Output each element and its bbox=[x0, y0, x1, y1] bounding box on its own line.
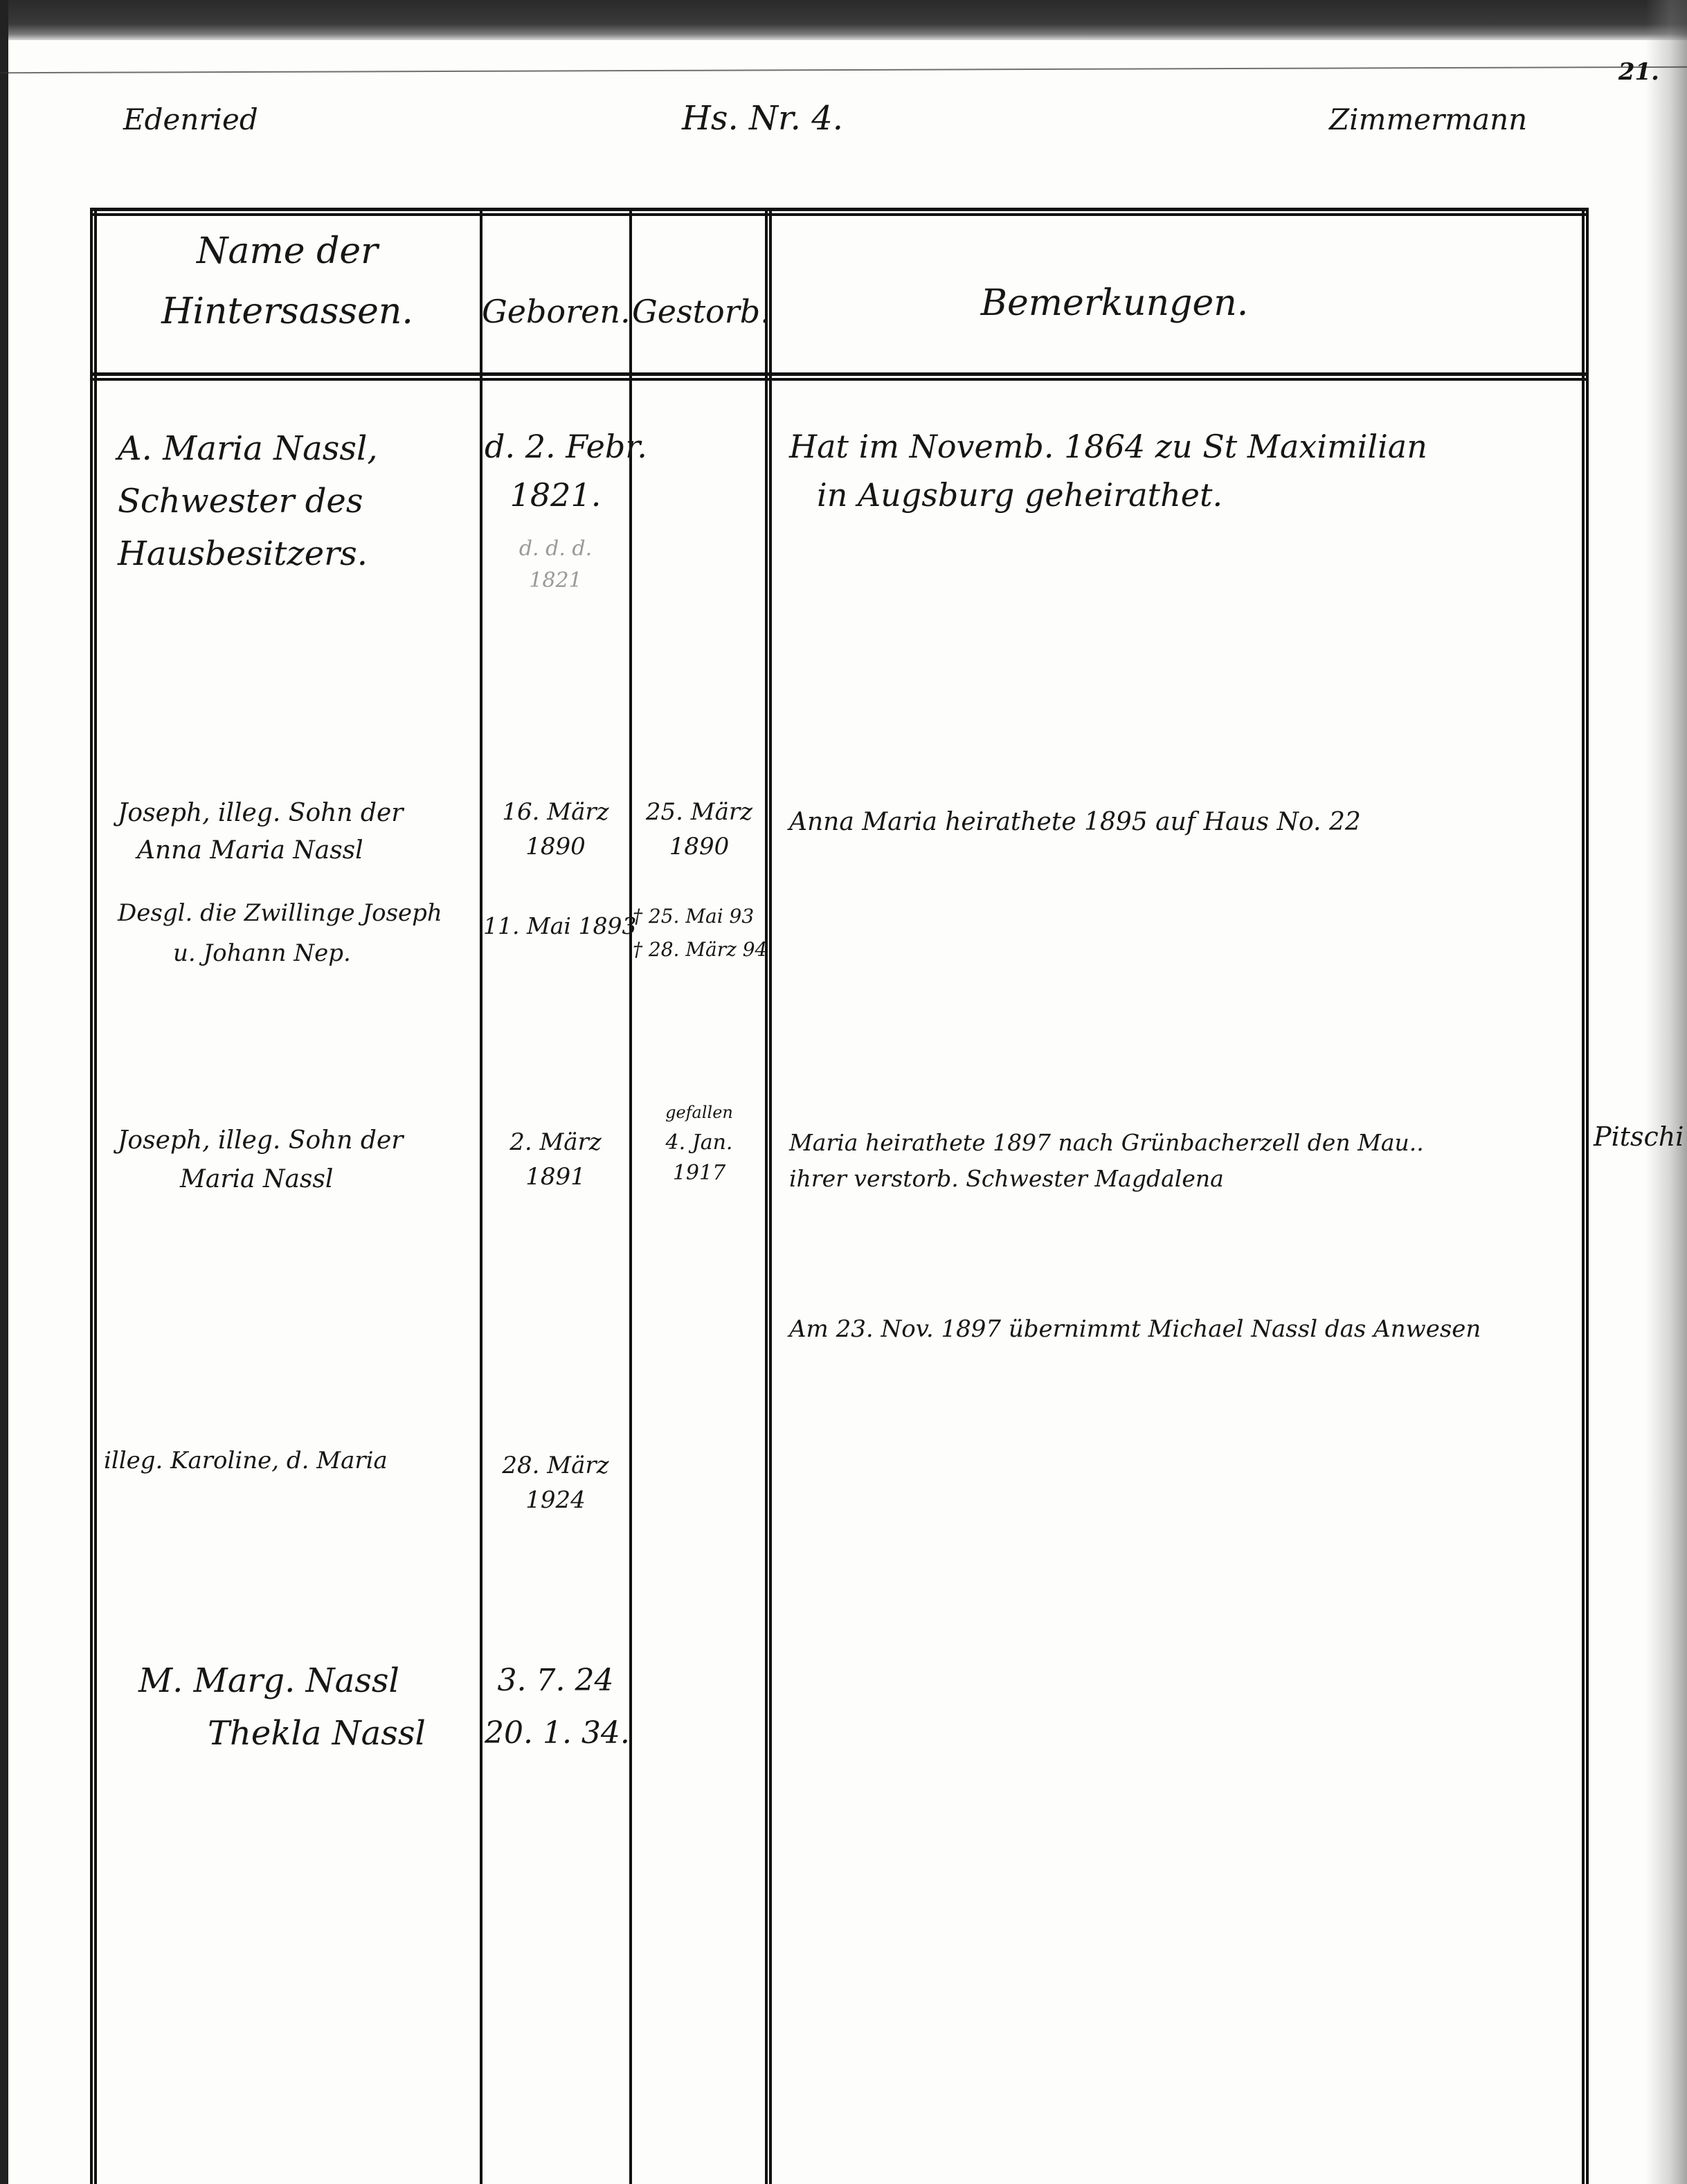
column-divider-born-died bbox=[629, 208, 632, 2184]
column-header-name: Name der Hintersassen. bbox=[104, 232, 471, 332]
register-table: Name der Hintersassen. Geboren. Gestorb.… bbox=[90, 208, 1589, 2184]
row-3-name: Desgl. die Zwillinge Joseph u. Johann Ne… bbox=[118, 893, 442, 973]
row-2-born: 16. März 1890 bbox=[485, 795, 626, 864]
header-occupation: Zimmermann bbox=[1329, 104, 1527, 136]
row-6-born: 28. März 1924 bbox=[485, 1448, 626, 1517]
column-header-born: Geboren. bbox=[482, 294, 629, 330]
table-left-border bbox=[90, 208, 97, 2184]
row-1-remarks: Hat im Novemb. 1864 zu St Maximilian in … bbox=[789, 422, 1427, 519]
row-1-born-faint-note: d. d. d. 1821 bbox=[485, 533, 626, 597]
table-right-border bbox=[1582, 208, 1589, 2184]
page-fold-line bbox=[0, 66, 1687, 74]
page-number: 21. bbox=[1618, 60, 1659, 85]
column-header-died: Gestorb. bbox=[632, 294, 764, 330]
table-top-border bbox=[90, 208, 1589, 216]
row-7-name: M. Marg. Nassl Thekla Nassl bbox=[138, 1654, 426, 1760]
row-2-died: 25. März 1890 bbox=[634, 795, 764, 864]
row-5-remarks: Am 23. Nov. 1897 übernimmt Michael Nassl… bbox=[789, 1317, 1481, 1342]
row-7-born: 3. 7. 24 20. 1. 34. bbox=[485, 1654, 626, 1760]
scan-right-shadow bbox=[1645, 0, 1687, 2184]
column-header-remarks: Bemerkungen. bbox=[872, 284, 1357, 323]
row-3-born: 11. Mai 1893 bbox=[483, 914, 629, 939]
row-4-name: Joseph, illeg. Sohn der Maria Nassl bbox=[118, 1121, 404, 1199]
margin-note: Pitschi bbox=[1594, 1123, 1684, 1152]
scan-top-shadow bbox=[0, 0, 1687, 40]
row-1-born: d. 2. Febr. 1821. bbox=[485, 422, 626, 519]
column-divider-name-born bbox=[480, 208, 482, 2184]
row-4-died: gefallen 4. Jan. 1917 bbox=[634, 1097, 764, 1189]
header-place: Edenried bbox=[123, 104, 258, 136]
column-divider-died-remarks bbox=[765, 208, 772, 2184]
row-6-name: illeg. Karoline, d. Maria bbox=[104, 1448, 388, 1474]
row-2-remarks: Anna Maria heirathete 1895 auf Haus No. … bbox=[789, 809, 1361, 836]
header-house-number: Hs. Nr. 4. bbox=[682, 100, 843, 137]
row-2-name: Joseph, illeg. Sohn der Anna Maria Nassl bbox=[118, 795, 404, 869]
header-bottom-border bbox=[90, 372, 1589, 381]
row-3-died: † 25. Mai 93 † 28. März 94 bbox=[633, 900, 767, 966]
scan-left-edge bbox=[0, 0, 8, 2184]
row-4-born: 2. März 1891 bbox=[485, 1125, 626, 1194]
row-4-remarks: Maria heirathete 1897 nach Grünbacherzel… bbox=[789, 1125, 1424, 1197]
row-1-name: A. Maria Nassl, Schwester des Hausbesitz… bbox=[118, 422, 378, 580]
